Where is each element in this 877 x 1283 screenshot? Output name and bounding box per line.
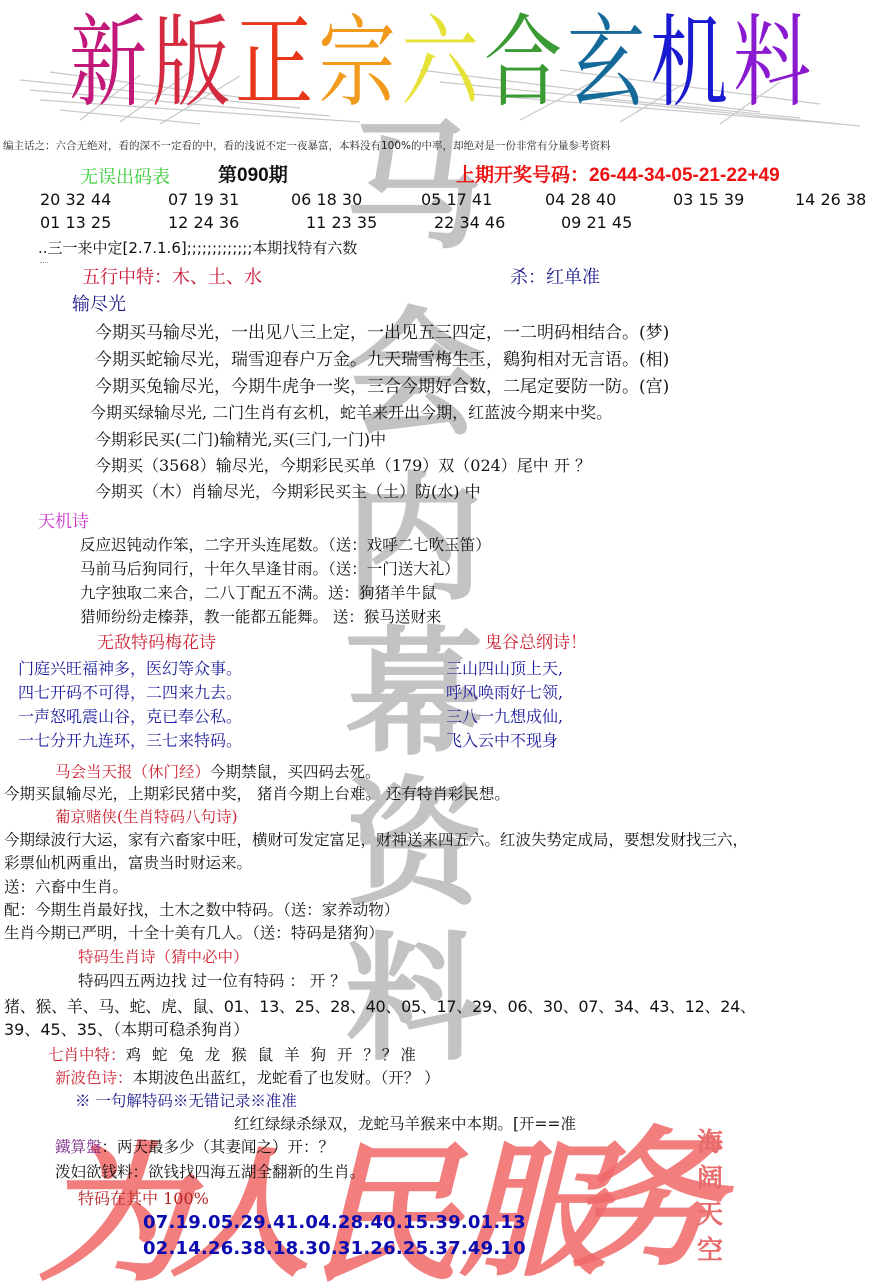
- stamp-char: 阔: [694, 1161, 726, 1197]
- poem-line: 今期绿波行大运，家有六畜家中旺，横财可发定富足，财神送来四五六。红波失势定成局，…: [4, 828, 748, 850]
- stamp-char: 海: [694, 1125, 726, 1161]
- divider-mark: [40, 262, 48, 263]
- pofu-text: ：欲钱找四海五湖全翻新的生肖。: [133, 1163, 366, 1181]
- mahui-line: 今期买鼠输尽光，上期彩民猪中奖， 猪肖今期上台难。 还有特肖彩民想。: [4, 782, 510, 804]
- title-char: 玄: [567, 0, 632, 125]
- poem-line: 反应迟钝动作笨，二字开头连尾数。（送：戏呼二七吹玉笛）: [80, 533, 491, 555]
- qixiao-value: 鸡 蛇 兔 龙 猴 鼠 羊 狗 开 ？？准: [126, 1046, 419, 1064]
- stamp: 海 阔 天 空: [694, 1125, 726, 1269]
- xinbose-line: 新波色诗：本期波色出蓝红，龙蛇看了也发财。（开？ ）: [55, 1066, 440, 1088]
- tema-list: 猪、猴、羊、马、蛇、虎、鼠、01、13、25、28、40、05、17、29、06…: [4, 994, 756, 1017]
- last-draw-numbers: 26-44-34-05-21-22+49: [589, 165, 780, 186]
- number-group: 09 21 45: [561, 213, 632, 232]
- poem-line: 一七分开九连环，三七来特码。: [18, 728, 242, 751]
- mahui-title: 马会当天报（休门经）: [55, 763, 210, 781]
- hint-line: ..三一来中定[2.7.1.6];;;;;;;;;;;;;本期找特有六数: [38, 237, 357, 258]
- last-draw-label: 上期开奖号码：: [456, 165, 589, 186]
- poem-line: 彩票仙机两重出，富贵当时财运来。: [4, 851, 252, 873]
- number-group: 03 15 39: [673, 190, 744, 209]
- pofu-label: 泼妇欲钱料: [55, 1163, 133, 1181]
- table-title: 无误出码表: [80, 163, 170, 189]
- number-group: 22 34 46: [434, 213, 505, 232]
- title-char: 正: [235, 0, 300, 125]
- stamp-char: 天: [694, 1197, 726, 1233]
- list-item: 今期买（木）肖输尽光，今期彩民买主（土）防(水) 中: [95, 479, 481, 502]
- number-group: 05 17 41: [421, 190, 492, 209]
- poem-line: 三山四山顶上天,: [446, 656, 563, 679]
- number-group: 01 13 25: [40, 213, 111, 232]
- list-item: 今期买（3568）输尽光，今期彩民买单（179）双（024）尾中 开 ？: [95, 453, 591, 476]
- list-item: 今期买兔输尽光，今期牛虎争一奖，三合今期好合数，二尾定要防一防。(宫): [95, 372, 669, 397]
- kill-hint: 杀：红单准: [510, 263, 600, 289]
- pofu-line: 泼妇欲钱料：欲钱找四海五湖全翻新的生肖。: [55, 1160, 365, 1182]
- number-group: 14 26 38: [795, 190, 866, 209]
- stamp-char: 空: [694, 1233, 726, 1269]
- title-char: 版: [152, 0, 217, 125]
- tiesuanpan-label: 鐵算盤: [55, 1138, 102, 1156]
- xinbose-value: 本期波色出蓝红，龙蛇看了也发财。（开？ ）: [133, 1069, 440, 1087]
- poem-line: 马前马后狗同行，十年久旱逢甘雨。（送：一门送大礼）: [80, 557, 460, 579]
- poem-line: 门庭兴旺福神多，医幻等众事。: [18, 656, 242, 679]
- poem-line: 四七开码不可得，二四来九去。: [18, 680, 242, 703]
- poem-line: 九字独取二来合，二八丁配五不满。送：狗猪羊牛鼠: [80, 581, 437, 603]
- section-title-tema: 特码生肖诗（猜中必中）: [78, 945, 249, 967]
- issue-number: 第090期: [218, 160, 288, 187]
- last-draw: 上期开奖号码：26-44-34-05-21-22+49: [456, 160, 780, 187]
- tema-list: 39、45、35、（本期可稳杀狗肖）: [4, 1017, 249, 1040]
- tiesuanpan-text: ：两天最多少（其妻闻之）开：？: [102, 1138, 335, 1156]
- poem-line: 三八一九想成仙,: [446, 704, 563, 727]
- mahui-text: 今期禁鼠，买四码去死。: [210, 763, 381, 781]
- editor-note: 编主话之：六合无绝对，看的深不一定看的中，看的浅说不定一夜暴富，本料没有100%…: [3, 138, 611, 153]
- poem-line: 一声怒吼震山谷，克已奉公私。: [18, 704, 242, 727]
- title-char: 新: [69, 0, 134, 125]
- tema-inside-row: 02.14.26.38.18.30.31.26.25.37.49.10: [143, 1238, 526, 1259]
- section-title-guigu: 鬼谷总纲诗！: [485, 628, 587, 653]
- poem-line: 生肖今期已严明，十全十美有几人。（送：特码是猪狗）: [4, 921, 384, 943]
- tema-inside-title: 特码在其中 100%: [78, 1186, 209, 1209]
- list-item: 今期买绿输尽光, 二门生肖有玄机，蛇羊来开出今期，红蓝波今期来中奖。: [90, 400, 612, 423]
- number-group: 12 24 36: [168, 213, 239, 232]
- tema-hint: 特码四五两边找 过一位有特码 ： 开 ？: [78, 969, 346, 991]
- five-elements: 五行中特：木、土、水: [82, 263, 262, 289]
- tema-inside-row: 07.19.05.29.41.04.28.40.15.39.01.13: [143, 1212, 526, 1233]
- title-char: 机: [650, 0, 715, 125]
- number-group: 04 28 40: [545, 190, 616, 209]
- qixiao-line: 七肖中特：鸡 蛇 兔 龙 猴 鼠 羊 狗 开 ？？准: [48, 1043, 419, 1065]
- section-title-tianji: 天机诗: [38, 507, 89, 532]
- number-group: 20 32 44: [40, 190, 111, 209]
- qixiao-label: 七肖中特：: [48, 1046, 126, 1064]
- number-group: 11 23 35: [306, 213, 377, 232]
- xinbose-label: 新波色诗：: [55, 1069, 133, 1087]
- section-title-meihua: 无敌特码梅花诗: [97, 628, 216, 653]
- section-title-pujing: 葡京赌侠(生肖特码八句诗): [55, 805, 238, 827]
- poem-line: 猎师纷纷走榛莽，教一能都五能舞。 送：猴马送财来: [80, 605, 441, 627]
- mahui-section: 马会当天报（休门经）今期禁鼠，买四码去死。: [55, 760, 381, 782]
- list-item: 今期买马输尽光，一出见八三上定，一出见五三四定，一二明码相结合。(梦): [95, 318, 669, 343]
- number-group: 06 18 30: [291, 190, 362, 209]
- title-char: 料: [733, 0, 798, 125]
- poem-line: 配：今期生肖最好找，土木之数中特码。（送：家养动物）: [4, 898, 399, 920]
- tiesuanpan-line: 鐵算盤：两天最多少（其妻闻之）开：？: [55, 1135, 334, 1157]
- poem-line: 飞入云中不现身: [446, 728, 558, 751]
- poem-line: 呼风唤雨好七领,: [446, 680, 563, 703]
- list-item: 今期彩民买(二门)输精光,买(三门,一门)中: [95, 427, 386, 450]
- title-char: 合: [484, 0, 549, 125]
- number-group: 07 19 31: [168, 190, 239, 209]
- yiju-title: ※ 一句解特码※无错记录※准准: [75, 1089, 297, 1111]
- list-item: 今期买蛇输尽光，瑞雪迎春户万金。九天瑞雪梅生玉，鷄狗相对无言语。(相): [95, 345, 669, 370]
- poem-line: 送：六畜中生肖。: [4, 875, 128, 897]
- section-title-shu-jin-guang: 输尽光: [72, 290, 126, 316]
